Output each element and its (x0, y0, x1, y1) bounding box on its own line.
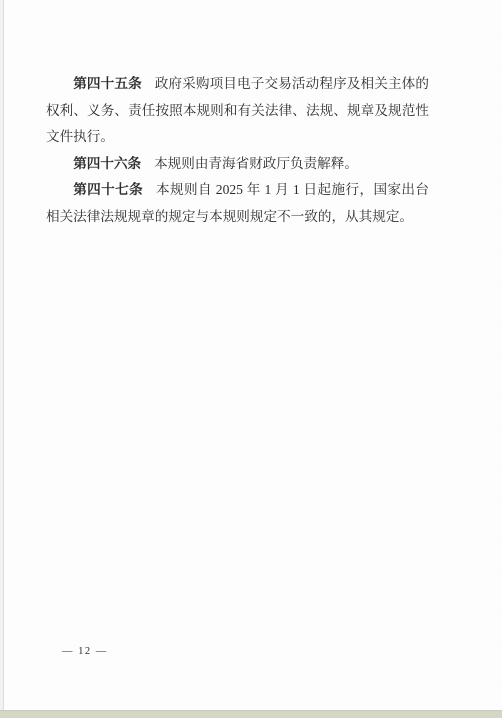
page-number: — 12 — (62, 646, 108, 657)
document-body: 第四十五条政府采购项目电子交易活动程序及相关主体的权利、义务、责任按照本规则和有… (46, 71, 429, 230)
page-left-edge (0, 0, 4, 718)
article-number: 第四十五条 (73, 76, 142, 91)
article-paragraph: 第四十五条政府采购项目电子交易活动程序及相关主体的权利、义务、责任按照本规则和有… (46, 71, 429, 151)
article-paragraph: 第四十六条本规则由青海省财政厅负责解释。 (46, 151, 429, 178)
article-text: 本规则由青海省财政厅负责解释。 (154, 156, 358, 171)
article-number: 第四十六条 (73, 156, 141, 171)
scanned-document-page: 第四十五条政府采购项目电子交易活动程序及相关主体的权利、义务、责任按照本规则和有… (0, 0, 502, 718)
article-number: 第四十七条 (73, 182, 143, 197)
article-paragraph: 第四十七条本规则自 2025 年 1 月 1 日起施行，国家出台相关法律法规规章… (46, 177, 429, 230)
scan-bottom-edge (0, 710, 502, 718)
